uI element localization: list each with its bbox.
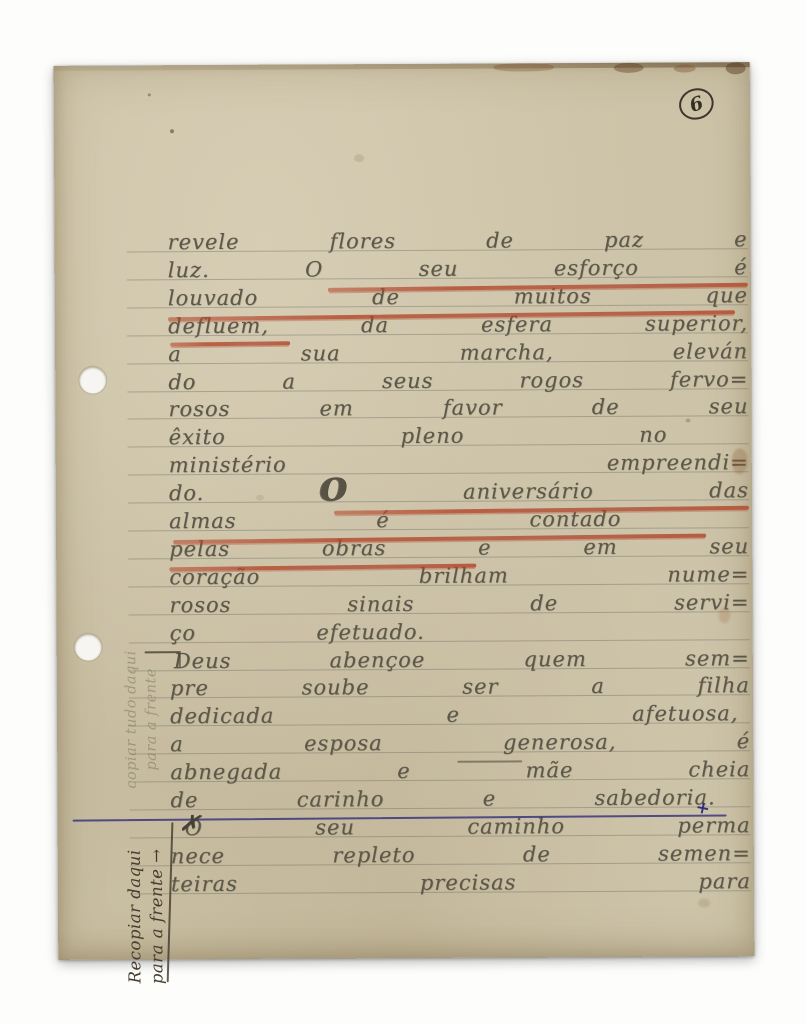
x-mark: ✗ — [178, 808, 202, 838]
word: de — [523, 844, 551, 865]
word: empreendi= — [607, 452, 749, 474]
word: luz. — [168, 260, 210, 281]
word: abençoe — [330, 649, 426, 671]
stain — [686, 418, 691, 422]
word: sua — [301, 343, 341, 364]
word: nece — [171, 846, 225, 867]
word: seus — [382, 370, 434, 391]
word: dedicada — [170, 706, 274, 728]
manuscript-line: doaseusrogosfervo= — [168, 363, 748, 393]
margin-note-faint: copiar tudo daqui para a frente — [122, 622, 163, 817]
word: pre — [170, 678, 209, 699]
word: seu — [709, 397, 749, 418]
annotation-layer — [54, 62, 750, 66]
word: a — [282, 371, 296, 392]
stain — [674, 64, 696, 72]
manuscript-line: coraçãobrilhamnume= — [169, 558, 749, 588]
word: teiras — [171, 874, 238, 895]
stain — [698, 898, 710, 907]
word: é — [737, 731, 751, 752]
word: efetuado. — [316, 621, 425, 643]
word: rogos — [519, 370, 584, 391]
word: em — [583, 537, 617, 558]
manuscript-line: luz.Oseuesforçoé — [168, 251, 748, 281]
word: êxito — [169, 427, 226, 448]
word: pleno — [401, 426, 465, 447]
margin-note-dark-line2: para a frente → — [146, 848, 169, 984]
stain — [732, 448, 748, 474]
manuscript-line: Deusabençoequemsem= — [174, 642, 750, 672]
word: revele — [168, 232, 240, 253]
word: para — [698, 871, 751, 892]
manuscript-line: revelefloresdepaze — [168, 223, 748, 253]
word: O — [305, 259, 323, 280]
stain — [614, 63, 644, 73]
word: generosa, — [503, 732, 617, 754]
word: seu — [419, 259, 459, 280]
word: de — [486, 230, 514, 251]
word: eleván — [673, 341, 749, 362]
word: almas — [169, 511, 237, 532]
word: nume= — [667, 564, 749, 585]
word: semen= — [658, 843, 751, 864]
word: sinais — [347, 594, 414, 615]
word: esforço — [554, 258, 639, 279]
word: sem= — [685, 648, 750, 669]
word: rosos — [169, 595, 231, 616]
stain — [148, 93, 151, 96]
word: do — [168, 372, 196, 393]
word: precisas — [420, 872, 517, 894]
page-number: 6 — [687, 91, 706, 116]
word: no — [639, 425, 667, 446]
word: caminho — [467, 816, 565, 838]
page-number-badge: 6 — [675, 84, 718, 124]
word: esposa — [304, 733, 383, 754]
manuscript-line: rosossinaisdeservi= — [169, 586, 749, 616]
margin-note-faint-line2: para a frente — [142, 668, 162, 771]
manuscript-line: çoefetuado. — [170, 615, 425, 643]
ruled-lines-layer — [54, 62, 750, 66]
word: favor — [443, 398, 503, 419]
word: abnegada — [170, 762, 282, 784]
manuscript-line: decarinhoesabedoria. — [170, 781, 715, 811]
margin-note-dark-line1: Recopiar daqui — [124, 849, 147, 983]
manuscript-line: do.Oaniversáriodas — [169, 474, 749, 504]
stain — [354, 154, 364, 162]
word: e — [397, 761, 411, 782]
word: brilham — [419, 565, 509, 586]
manuscript-line: aesposagenerosa,é — [170, 725, 750, 755]
word: ço — [170, 623, 197, 644]
word: afetuosa, — [632, 704, 738, 726]
word: em — [319, 399, 353, 420]
margin-note-dark: Recopiar daqui para a frente → — [124, 811, 171, 1021]
manuscript-line: abnegadaemãecheia — [170, 753, 750, 783]
word: quem — [523, 649, 586, 670]
word: seu — [709, 536, 749, 557]
manuscript-line: presoubeserafilha — [170, 670, 750, 700]
manuscript-line: necerepletodesemen= — [171, 837, 751, 867]
manuscript-line: ministérioempreendi= — [169, 446, 749, 476]
word: e — [483, 789, 497, 810]
word: fervo= — [670, 369, 748, 390]
word: do. — [169, 483, 205, 504]
manuscript-text-layer: revelefloresdepazeluz.Oseuesforçoélouvad… — [54, 62, 750, 66]
word: e — [478, 537, 492, 558]
stain — [726, 62, 746, 74]
word: e — [734, 229, 748, 250]
word: marcha, — [460, 342, 554, 363]
word: cheia — [688, 759, 750, 780]
stain — [494, 63, 554, 71]
scan-background: { "document": { "page_number": "6", "lin… — [0, 0, 806, 1024]
word: flores — [330, 231, 396, 252]
word: perma — [677, 815, 750, 836]
word: O — [320, 479, 348, 504]
word: repleto — [332, 845, 415, 866]
word: louvado — [168, 288, 258, 309]
punch-hole-bottom — [75, 634, 102, 661]
pencil-underline — [457, 760, 522, 762]
word: ministério — [169, 455, 287, 477]
word: é — [734, 257, 748, 278]
word: das — [709, 480, 749, 501]
paper: 6 revelefloresdepazeluz.Oseuesforçoélouv… — [54, 62, 755, 960]
manuscript-line: êxitoplenono — [169, 419, 668, 449]
word: de — [530, 593, 558, 614]
word: soube — [302, 678, 370, 699]
word: a — [168, 344, 182, 365]
word: mãe — [525, 760, 573, 781]
stain — [256, 495, 264, 501]
stain — [719, 607, 731, 623]
manuscript-line: dedicadaeafetuosa, — [170, 698, 739, 728]
word: a — [170, 734, 184, 755]
manuscript-line: Oseucaminhoperma — [185, 809, 751, 839]
margin-note-faint-line1: copiar tudo daqui — [122, 650, 142, 789]
manuscript-line: teirasprecisaspara — [171, 865, 751, 895]
word: rosos — [168, 399, 230, 420]
word: paz — [604, 230, 644, 251]
word: de — [592, 397, 620, 418]
stain — [170, 129, 174, 133]
word: e — [446, 705, 460, 726]
word: Deus — [174, 650, 232, 671]
word: aniversário — [463, 481, 594, 503]
word: seu — [315, 817, 355, 838]
punch-hole-top — [79, 367, 106, 394]
word: carinho — [297, 789, 385, 810]
word: filha — [698, 676, 750, 697]
word: a — [591, 676, 605, 697]
word: que — [705, 285, 748, 306]
word: ser — [462, 677, 498, 698]
manuscript-line: asuamarcha,eleván — [168, 335, 748, 365]
manuscript-line: rososemfavordeseu — [168, 391, 748, 421]
word: servi= — [674, 592, 750, 613]
word: superior, — [645, 313, 748, 335]
